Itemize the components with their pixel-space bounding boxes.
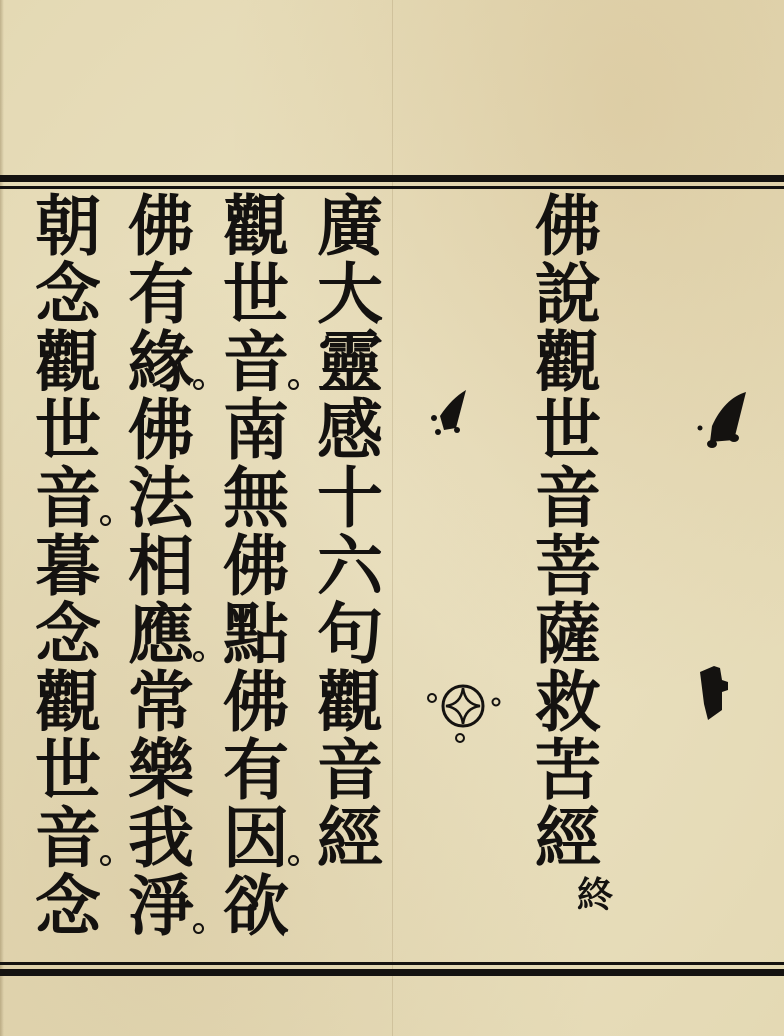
text-column-body-3: 朝 念 觀 世 音 暮 念 觀 世 音 念 bbox=[20, 192, 116, 940]
bottom-border-thin bbox=[0, 962, 784, 965]
text-column-body-1: 觀 世 音 南 無 佛 點 佛 有 因 欲 bbox=[208, 192, 304, 940]
char: 句 bbox=[305, 600, 395, 668]
page-edge-shadow bbox=[0, 0, 4, 1036]
char: 念 bbox=[23, 260, 113, 328]
char: 世 bbox=[23, 736, 113, 804]
char: 佛 bbox=[523, 192, 613, 260]
char: 有 bbox=[211, 736, 301, 804]
char: 觀 bbox=[523, 328, 613, 396]
char: 音 bbox=[23, 464, 113, 532]
text-column-subtitle: 廣 大 靈 感 十 六 句 觀 音 經 bbox=[302, 192, 398, 872]
char: 世 bbox=[211, 260, 301, 328]
coin-circle-ornament-icon bbox=[422, 680, 504, 744]
char: 說 bbox=[523, 260, 613, 328]
char: 佛 bbox=[116, 192, 206, 260]
char: 十 bbox=[305, 464, 395, 532]
char: 緣 bbox=[116, 328, 206, 396]
char: 有 bbox=[116, 260, 206, 328]
char: 音 bbox=[305, 736, 395, 804]
block-mark-icon bbox=[696, 664, 732, 724]
char: 點 bbox=[211, 600, 301, 668]
char: 觀 bbox=[23, 668, 113, 736]
char: 淨 bbox=[116, 872, 206, 940]
char: 薩 bbox=[523, 600, 613, 668]
char: 佛 bbox=[211, 668, 301, 736]
char: 南 bbox=[211, 396, 301, 464]
char: 救 bbox=[523, 668, 613, 736]
char: 相 bbox=[116, 532, 206, 600]
char: 無 bbox=[211, 464, 301, 532]
char: 音 bbox=[523, 464, 613, 532]
char: 世 bbox=[523, 396, 613, 464]
fishtail-mark-icon bbox=[426, 386, 470, 438]
char: 樂 bbox=[116, 736, 206, 804]
char: 觀 bbox=[211, 192, 301, 260]
char: 暮 bbox=[23, 532, 113, 600]
char: 世 bbox=[23, 396, 113, 464]
char: 佛 bbox=[211, 532, 301, 600]
text-column-sutra-title: 佛 說 觀 世 音 菩 薩 救 苦 經 終 bbox=[520, 192, 616, 918]
char: 苦 bbox=[523, 736, 613, 804]
char: 觀 bbox=[305, 668, 395, 736]
fishtail-mark-icon bbox=[694, 388, 750, 452]
char: 因 bbox=[211, 804, 301, 872]
char: 經 bbox=[523, 804, 613, 872]
top-border-thin bbox=[0, 186, 784, 189]
char: 大 bbox=[305, 260, 395, 328]
char: 菩 bbox=[523, 532, 613, 600]
char: 佛 bbox=[116, 396, 206, 464]
char: 朝 bbox=[23, 192, 113, 260]
char: 念 bbox=[23, 600, 113, 668]
char: 音 bbox=[211, 328, 301, 396]
bottom-border-thick bbox=[0, 969, 784, 976]
text-column-body-2: 佛 有 緣 佛 法 相 應 常 樂 我 淨 bbox=[113, 192, 209, 940]
char: 念 bbox=[23, 872, 113, 940]
char: 我 bbox=[116, 804, 206, 872]
char: 六 bbox=[305, 532, 395, 600]
char: 經 bbox=[305, 804, 395, 872]
char: 靈 bbox=[305, 328, 395, 396]
char: 欲 bbox=[211, 872, 301, 940]
top-border-thick bbox=[0, 175, 784, 182]
char: 法 bbox=[116, 464, 206, 532]
char: 常 bbox=[116, 668, 206, 736]
char: 音 bbox=[23, 804, 113, 872]
char: 廣 bbox=[305, 192, 395, 260]
char: 應 bbox=[116, 600, 206, 668]
book-page: 佛 說 觀 世 音 菩 薩 救 苦 經 終 廣 大 靈 感 十 六 句 觀 音 … bbox=[0, 0, 784, 1036]
char: 感 bbox=[305, 396, 395, 464]
char: 觀 bbox=[23, 328, 113, 396]
end-mark-char: 終 bbox=[550, 872, 640, 918]
